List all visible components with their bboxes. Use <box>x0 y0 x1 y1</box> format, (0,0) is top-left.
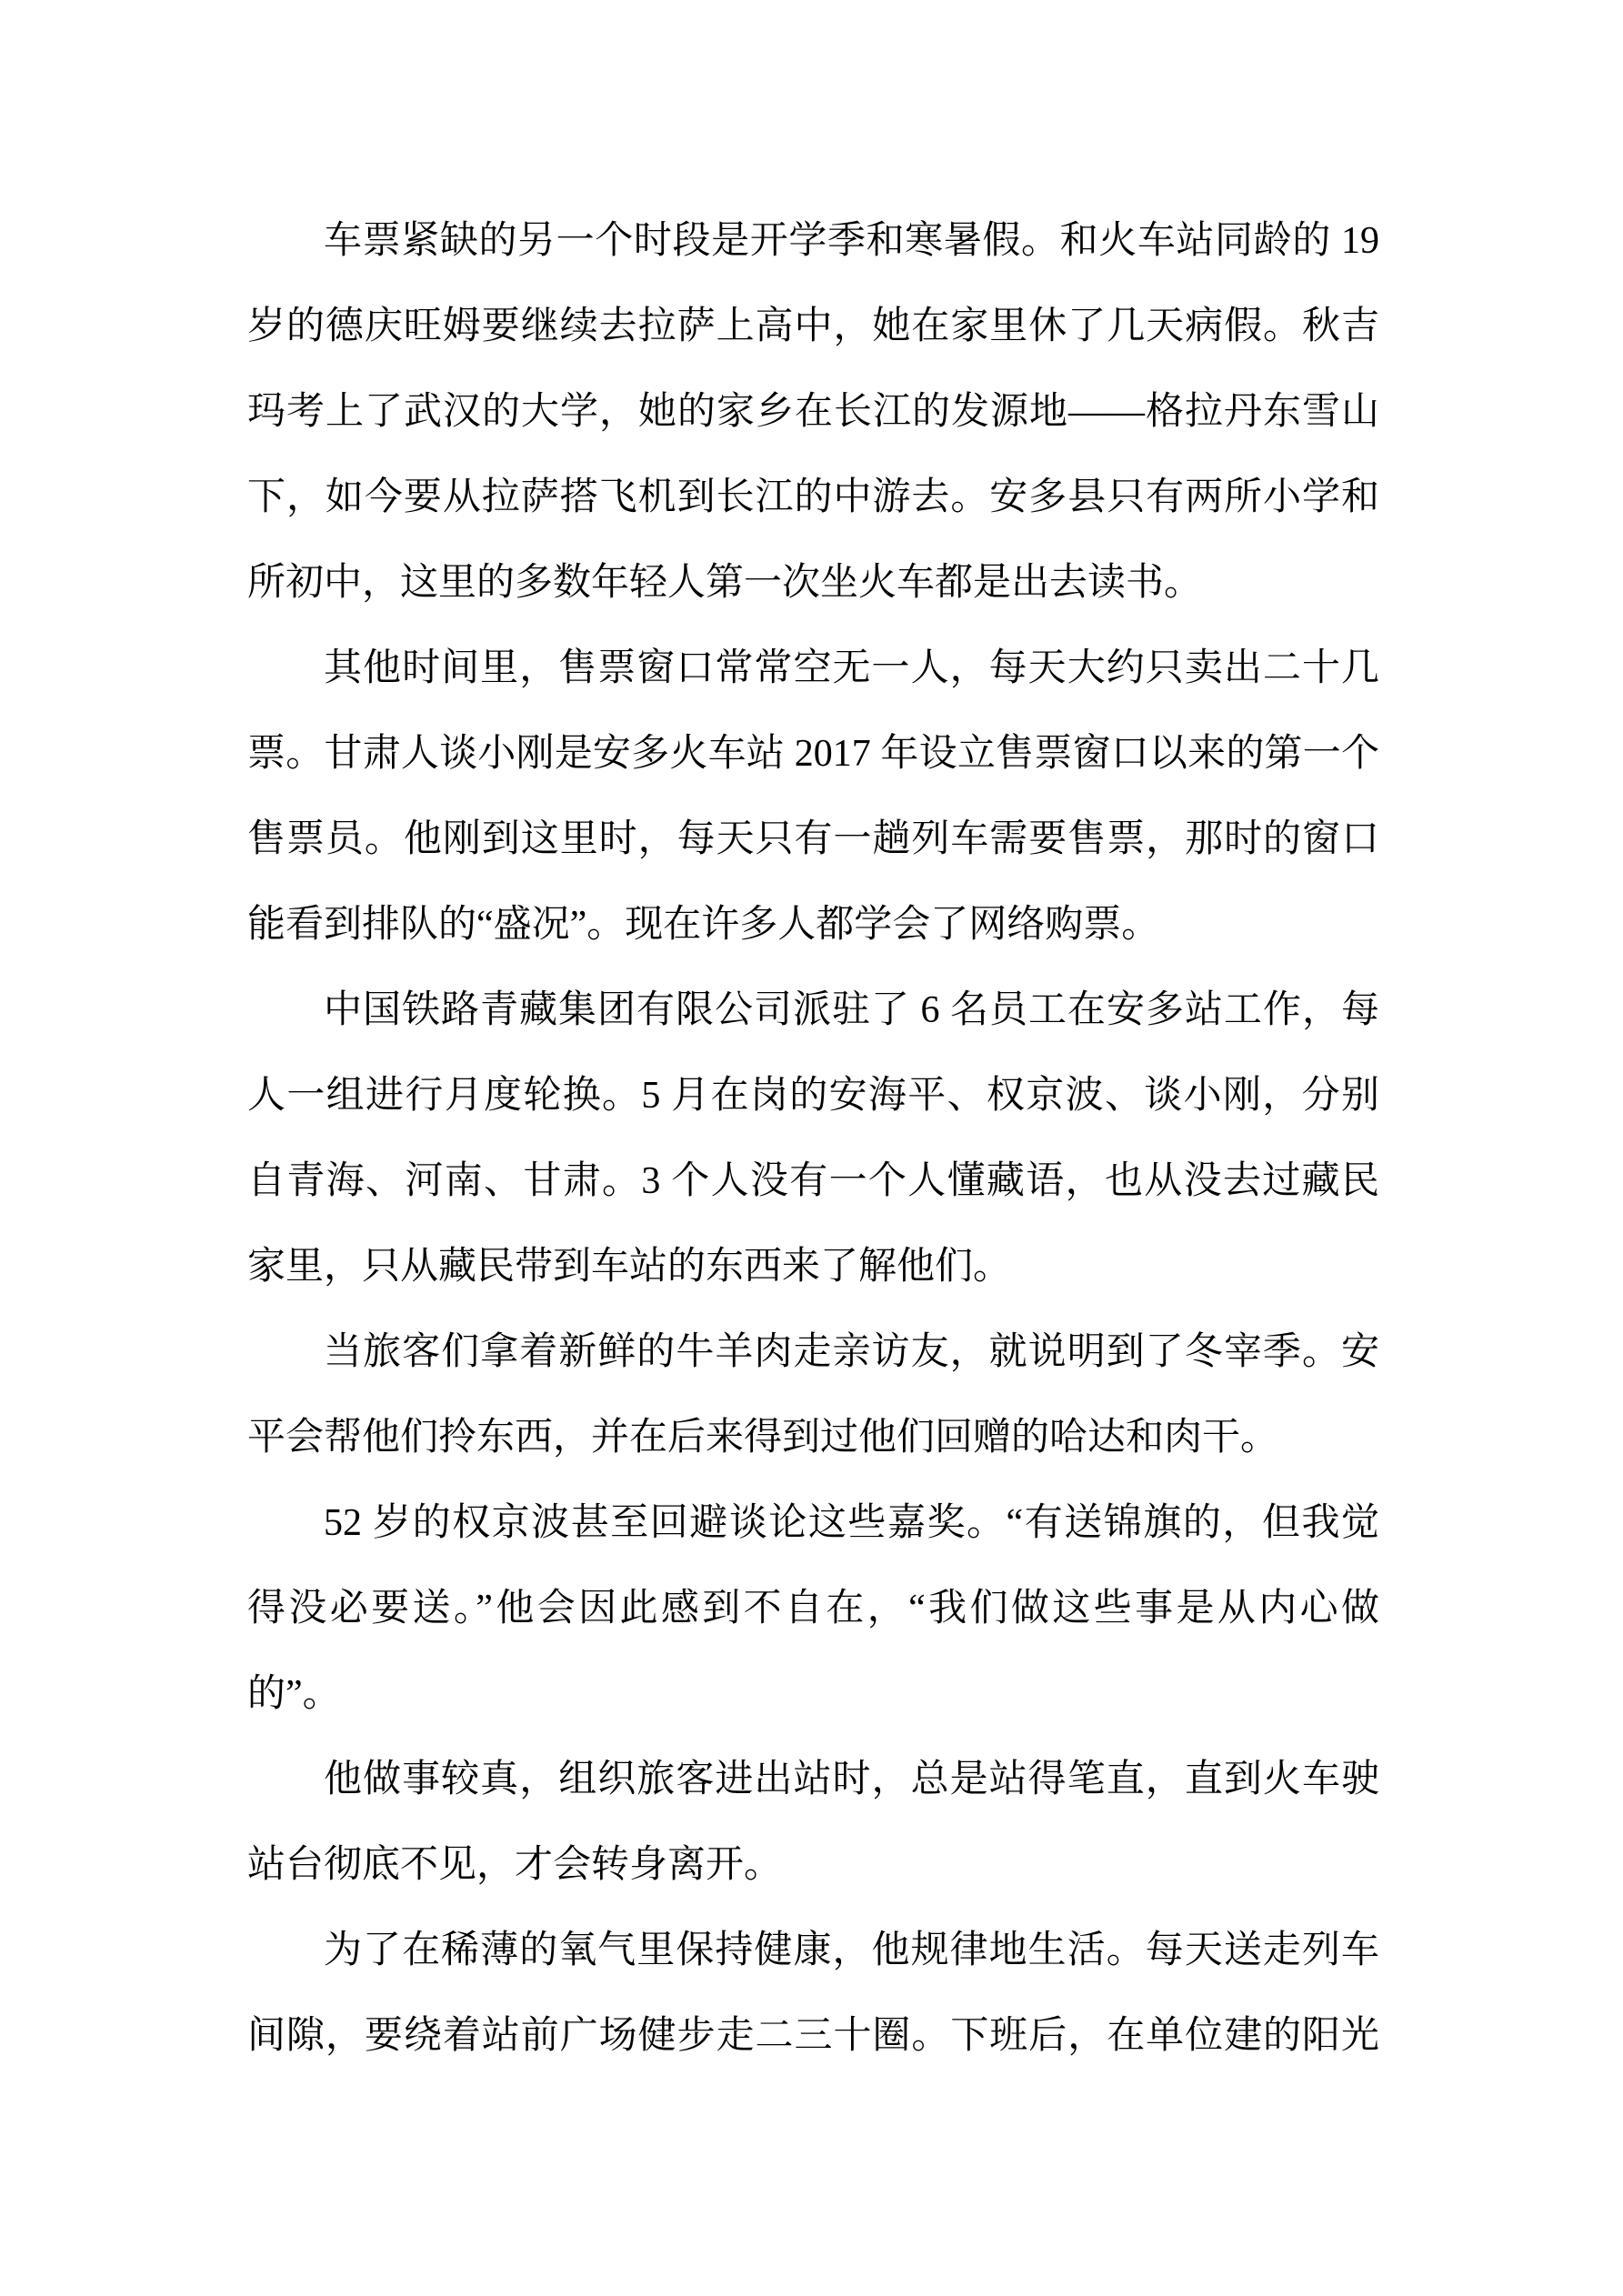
text-line: 52 岁的权京波甚至回避谈论这些嘉奖。“有送锦旗的，但我觉 <box>247 1480 1379 1566</box>
text-line: 下，如今要从拉萨搭飞机到长江的中游去。安多县只有两所小学和一 <box>247 455 1379 540</box>
text-line: 玛考上了武汉的大学，她的家乡在长江的发源地——格拉丹东雪山脚 <box>247 369 1379 455</box>
text-line: 售票员。他刚到这里时，每天只有一趟列车需要售票，那时的窗口还 <box>247 797 1379 882</box>
text-line: 站台彻底不见，才会转身离开。 <box>247 1822 1379 1908</box>
text-line: 所初中，这里的多数年轻人第一次坐火车都是出去读书。 <box>247 540 1379 626</box>
text-line: 自青海、河南、甘肃。3 个人没有一个人懂藏语，也从没去过藏民的 <box>247 1138 1379 1224</box>
text-line: 其他时间里，售票窗口常常空无一人，每天大约只卖出二十几张 <box>247 626 1379 711</box>
text-line: 他做事较真，组织旅客进出站时，总是站得笔直，直到火车驶出 <box>247 1737 1379 1822</box>
text-line: 平会帮他们拎东西，并在后来得到过他们回赠的哈达和肉干。 <box>247 1395 1379 1480</box>
text-line: 能看到排队的“盛况”。现在许多人都学会了网络购票。 <box>247 882 1379 968</box>
text-line: 的”。 <box>247 1651 1379 1737</box>
text-line: 得没必要送。”他会因此感到不自在，“我们做这些事是从内心做 <box>247 1566 1379 1651</box>
text-line: 岁的德庆旺姆要继续去拉萨上高中，她在家里休了几天病假。秋吉卓 <box>247 284 1379 369</box>
text-line: 当旅客们拿着新鲜的牛羊肉走亲访友，就说明到了冬宰季。安海 <box>247 1309 1379 1395</box>
text-line: 车票紧缺的另一个时段是开学季和寒暑假。和火车站同龄的 19 <box>247 198 1379 284</box>
text-line: 为了在稀薄的氧气里保持健康，他规律地生活。每天送走列车的 <box>247 1908 1379 1993</box>
text-line: 家里，只从藏民带到车站的东西来了解他们。 <box>247 1224 1379 1309</box>
article-body: 车票紧缺的另一个时段是开学季和寒暑假。和火车站同龄的 19 岁的德庆旺姆要继续去… <box>247 198 1379 2079</box>
text-line: 人一组进行月度轮换。5 月在岗的安海平、权京波、谈小刚，分别来 <box>247 1053 1379 1138</box>
text-line: 中国铁路青藏集团有限公司派驻了 6 名员工在安多站工作，每 3 <box>247 968 1379 1053</box>
document-page: 车票紧缺的另一个时段是开学季和寒暑假。和火车站同龄的 19 岁的德庆旺姆要继续去… <box>0 0 1623 2296</box>
text-line: 票。甘肃人谈小刚是安多火车站 2017 年设立售票窗口以来的第一个 <box>247 711 1379 797</box>
text-line: 间隙，要绕着站前广场健步走二三十圈。下班后，在单位建的阳光房 <box>247 1993 1379 2079</box>
